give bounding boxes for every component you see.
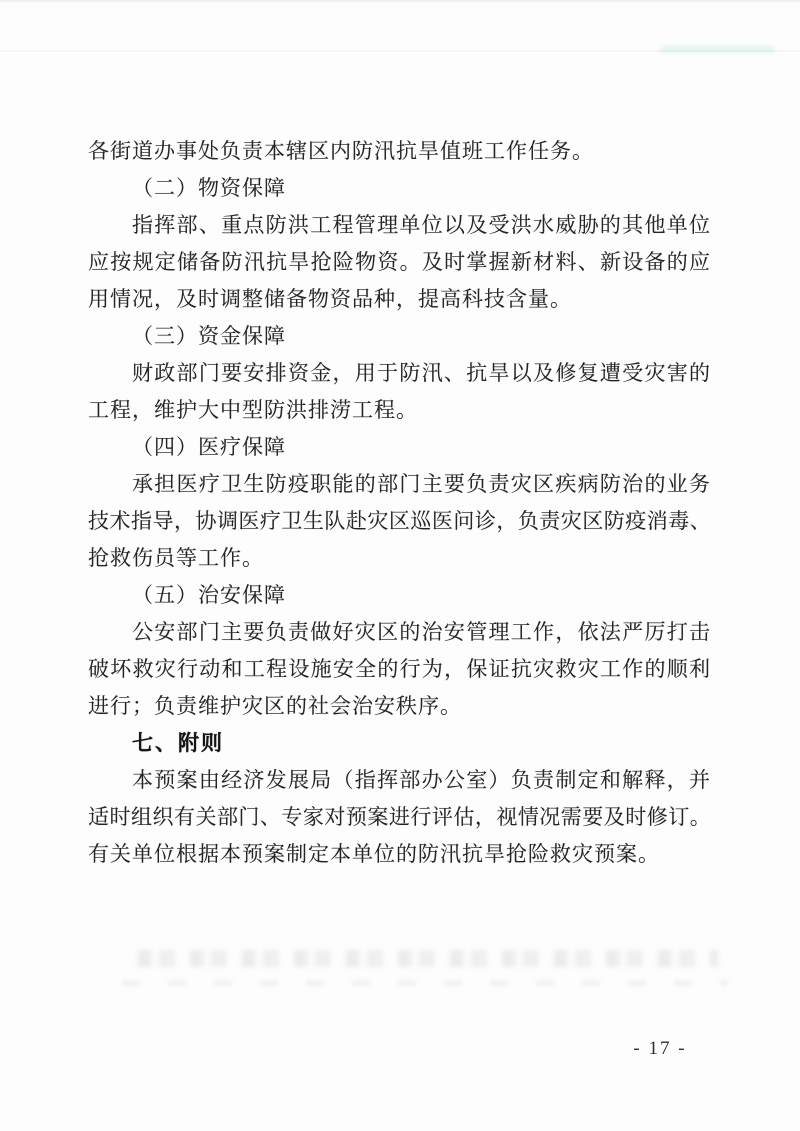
page-number: - 17 - xyxy=(600,1038,720,1060)
page: { "page": { "number": "- 17 -" }, "doc":… xyxy=(0,0,800,1131)
body-line: 财政部门要安排资金，用于防汛、抗旱以及修复遭受灾害的 xyxy=(88,355,711,392)
body-line: 用情况，及时调整储备物资品种，提高科技含量。 xyxy=(88,281,711,318)
body-line: 破坏救灾行动和工程设施安全的行为，保证抗灾救灾工作的顺利 xyxy=(88,651,711,688)
document-body: 各街道办事处负责本辖区内防汛抗旱值班工作任务。 （二）物资保障 指挥部、重点防洪… xyxy=(88,133,711,873)
body-line: 指挥部、重点防洪工程管理单位以及受洪水威胁的其他单位 xyxy=(88,207,711,244)
bleed-through-row xyxy=(138,950,718,967)
body-line: 抢救伤员等工作。 xyxy=(88,540,711,577)
bleed-through-row xyxy=(122,980,728,986)
bleed-through-artifact xyxy=(110,942,740,1002)
scan-artifact-smudge xyxy=(660,46,775,53)
subheading-material-support: （二）物资保障 xyxy=(88,170,711,207)
body-line: 有关单位根据本预案制定本单位的防汛抗旱抢险救灾预案。 xyxy=(88,836,711,873)
heading-supplementary-provisions: 七、附则 xyxy=(88,725,711,762)
body-line: 进行；负责维护灾区的社会治安秩序。 xyxy=(88,688,711,725)
body-line: 应按规定储备防汛抗旱抢险物资。及时掌握新材料、新设备的应 xyxy=(88,244,711,281)
subheading-funding-support: （三）资金保障 xyxy=(88,318,711,355)
body-line: 技术指导，协调医疗卫生队赴灾区巡医问诊，负责灾区防疫消毒、 xyxy=(88,503,711,540)
body-line: 适时组织有关部门、专家对预案进行评估，视情况需要及时修订。 xyxy=(88,799,711,836)
subheading-medical-support: （四）医疗保障 xyxy=(88,429,711,466)
scan-artifact-top-edge xyxy=(0,0,800,2)
body-line: 承担医疗卫生防疫职能的部门主要负责灾区疾病防治的业务 xyxy=(88,466,711,503)
body-line: 工程，维护大中型防洪排涝工程。 xyxy=(88,392,711,429)
subheading-public-security-support: （五）治安保障 xyxy=(88,577,711,614)
body-line: 本预案由经济发展局（指挥部办公室）负责制定和解释，并 xyxy=(88,762,711,799)
body-line: 各街道办事处负责本辖区内防汛抗旱值班工作任务。 xyxy=(88,133,711,170)
body-line: 公安部门主要负责做好灾区的治安管理工作，依法严厉打击 xyxy=(88,614,711,651)
